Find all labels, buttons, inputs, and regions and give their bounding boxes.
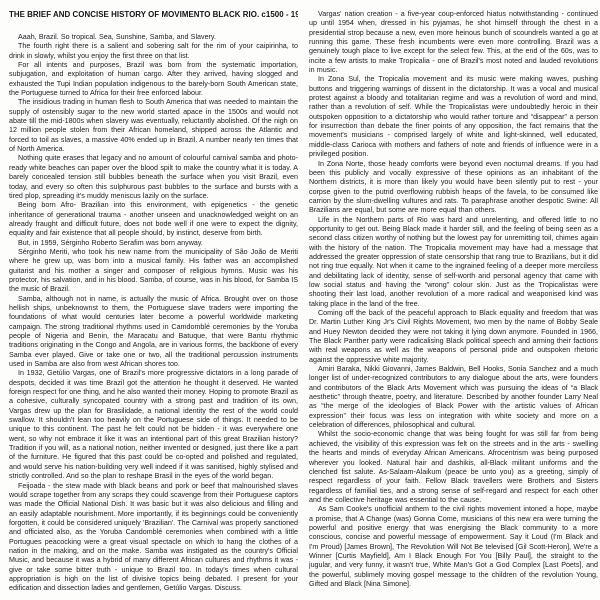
- paragraph: As Sam Cooke's unofficial anthem to the …: [309, 505, 598, 589]
- paragraph: Being born Afro- Brazilian into this env…: [9, 201, 298, 238]
- paragraph: The insidious trading in human flesh to …: [9, 98, 298, 154]
- paragraph: Aaah, Brazil. So tropical. Sea, Sunshine…: [9, 33, 298, 42]
- paragraph: Coming off the back of the peaceful appr…: [309, 309, 598, 365]
- paragraph: In Zona Norte, those heady comforts were…: [309, 160, 598, 216]
- paragraph: In 1932, Getúlio Vargas, one of Brazil's…: [9, 369, 298, 481]
- paragraph: But, in 1959, Sérginho Roberto Serafim w…: [9, 239, 298, 248]
- paragraph: Vargas' nation creation - a five-year co…: [309, 10, 598, 75]
- document-page: THE BRIEF AND CONCISE HISTORY OF MOVIMEN…: [0, 0, 600, 600]
- left-column: THE BRIEF AND CONCISE HISTORY OF MOVIMEN…: [9, 7, 298, 594]
- paragraph: The fourth right there is a salient and …: [9, 42, 298, 61]
- paragraph: For all intents and purposes, Brazil was…: [9, 61, 298, 98]
- two-column-layout: THE BRIEF AND CONCISE HISTORY OF MOVIMEN…: [9, 7, 591, 594]
- document-title: THE BRIEF AND CONCISE HISTORY OF MOVIMEN…: [9, 10, 298, 19]
- right-column: Vargas' nation creation - a five-year co…: [309, 7, 598, 594]
- paragraph: Life in the Northern parts of Rio was ha…: [309, 216, 598, 309]
- paragraph: Samba, although not in name, is actually…: [9, 295, 298, 370]
- paragraph: Feijoada - the stew made with black bean…: [9, 482, 298, 594]
- paragraph: Nothing quite erases that legacy and no …: [9, 154, 298, 201]
- paragraph: Whilst the socio-economic change that wa…: [309, 430, 598, 505]
- paragraph: Sérginho Meriti, who took his new name f…: [9, 248, 298, 295]
- paragraph: In Zona Sul, the Tropicalia movement and…: [309, 75, 598, 159]
- paragraph: Amiri Baraka, Nikki Giovanni, James Bald…: [309, 365, 598, 430]
